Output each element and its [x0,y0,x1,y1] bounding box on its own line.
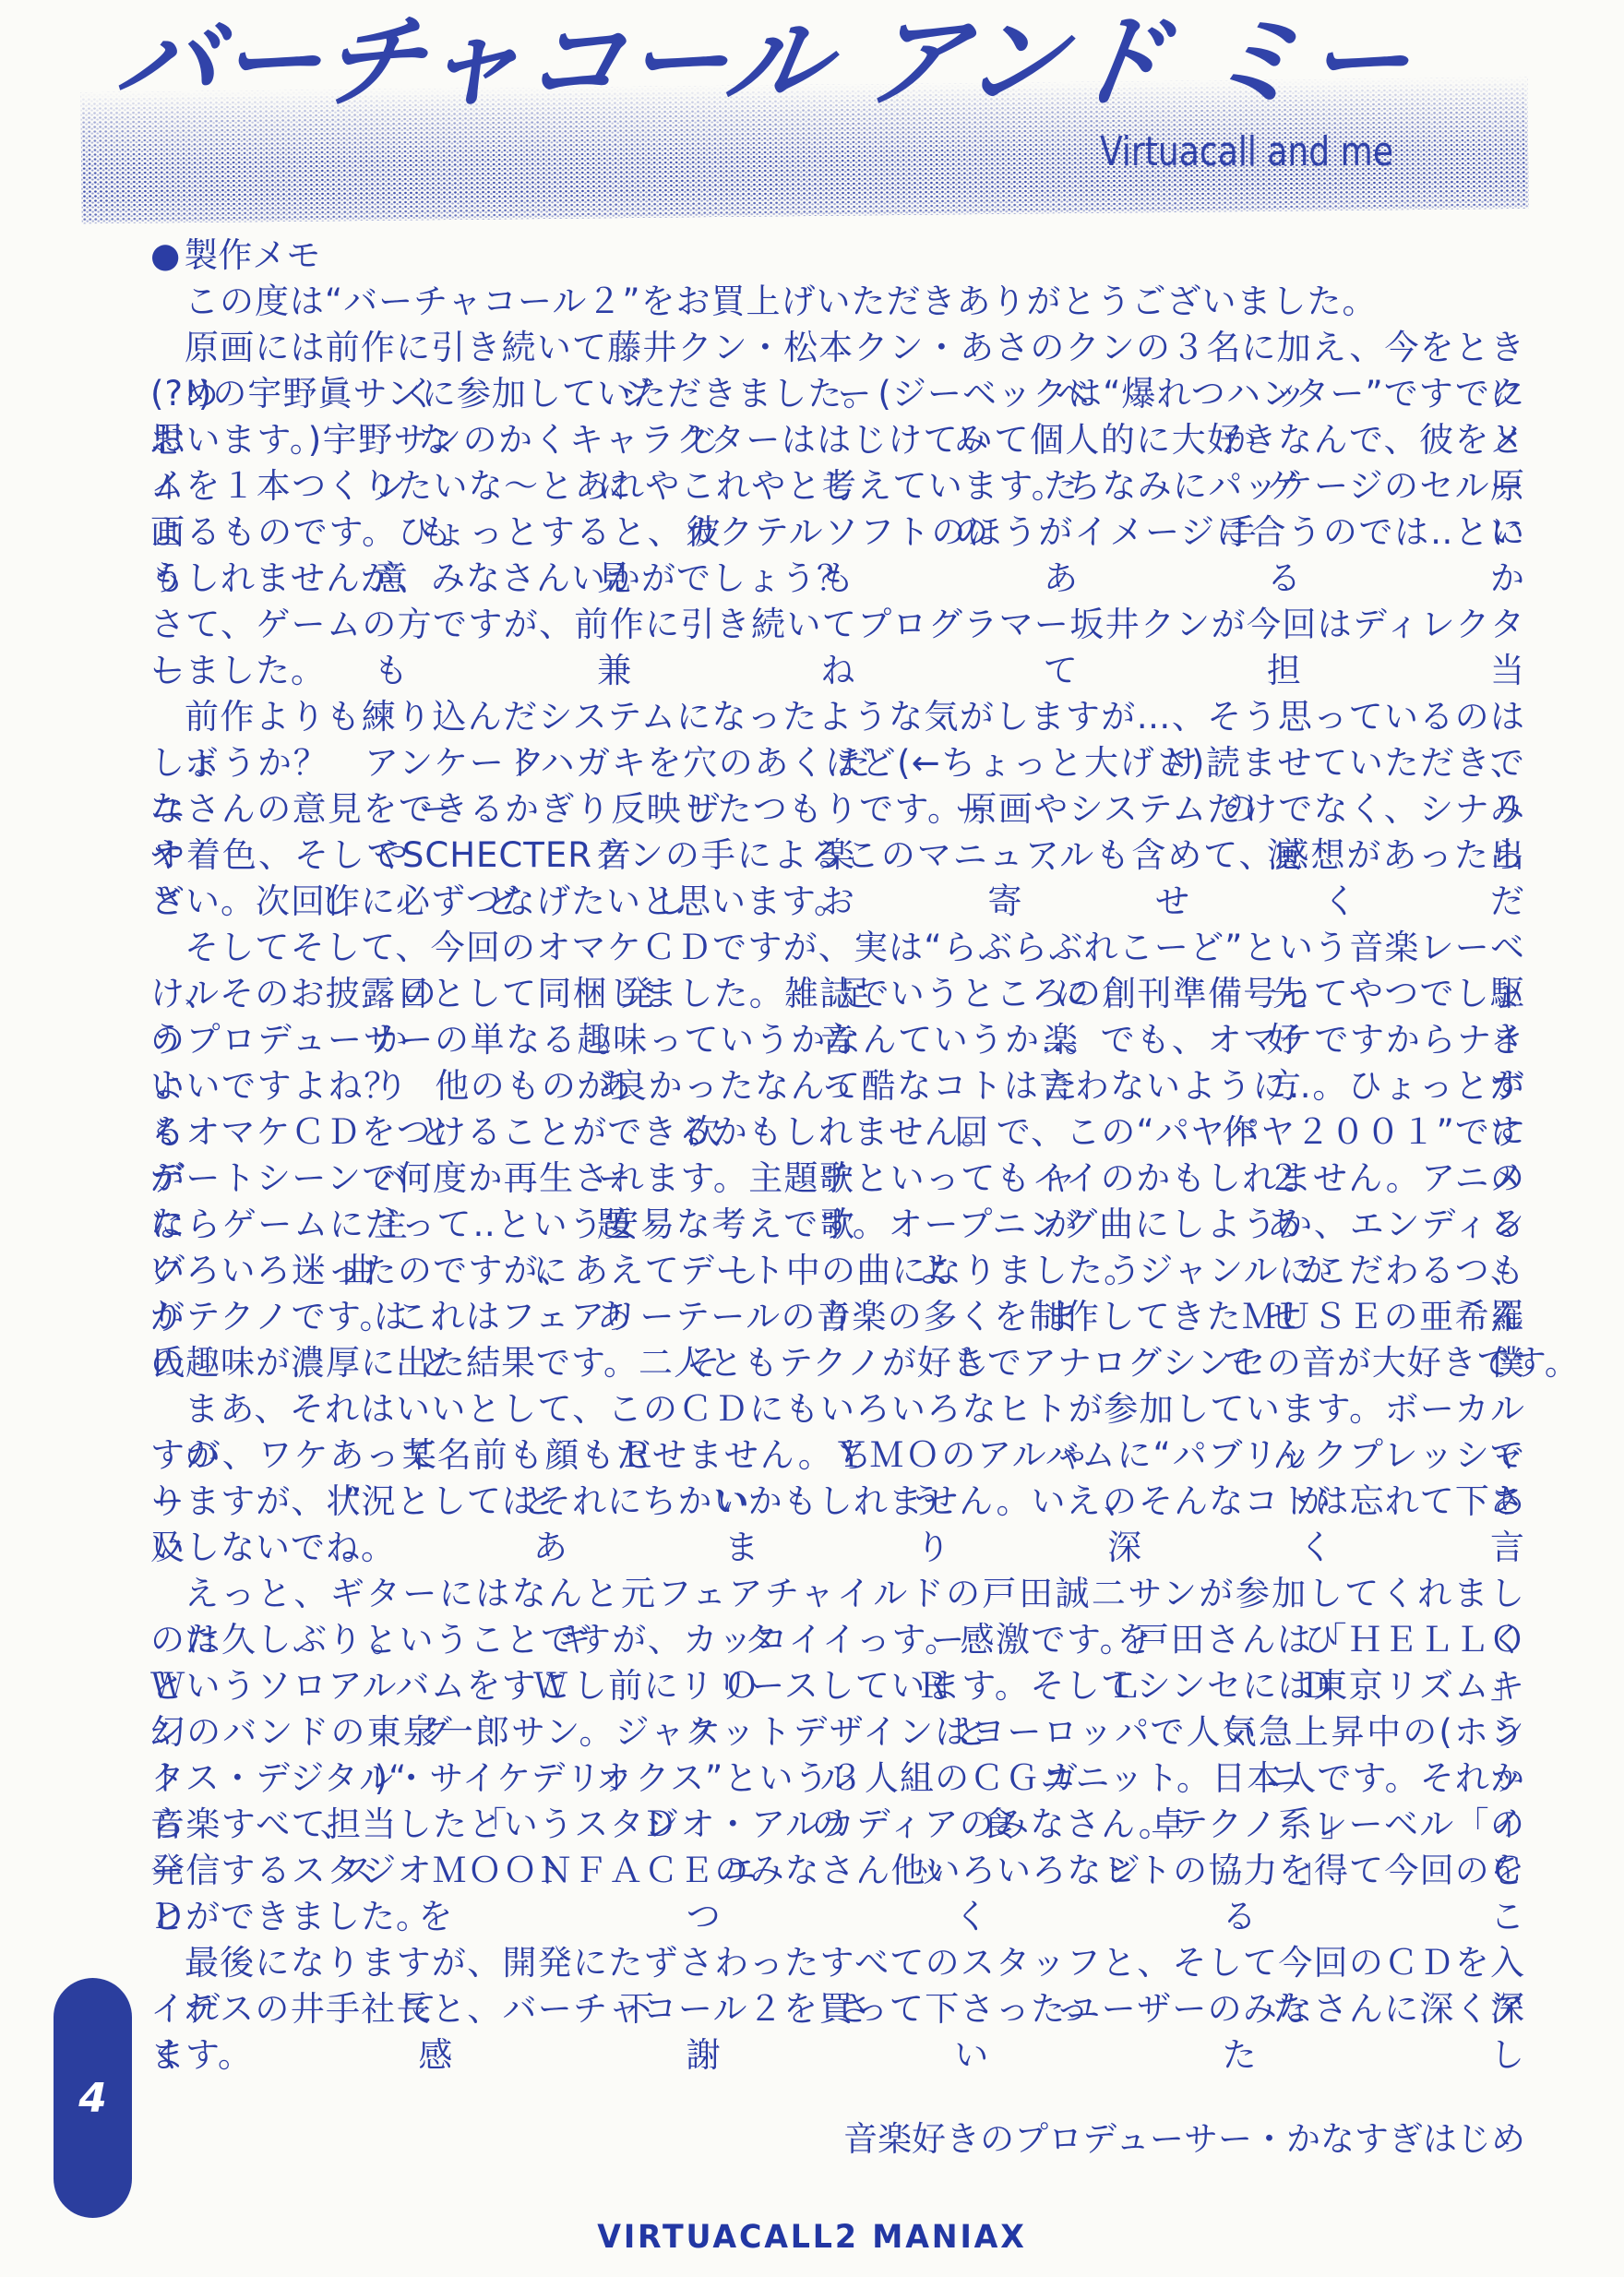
memo-line: さて、ゲームの方ですが、前作に引き続いてプログラマー坂井クンが今回はディレクター… [150,602,1525,648]
memo-line: イデスの井手社長と、バーチャコール２を買って下さったユーザーのみなさんに深く深く… [150,1986,1525,2032]
memo-line: なさんの意見をできるかぎり反映したつもりです。原画やシステムだけでなく、シナリオ… [150,786,1525,833]
memo-line: がテクノです。これはフェアリーテールの音楽の多くを制作してきたＭＵＳＥの亜希羅氏… [150,1294,1525,1340]
memo-line: デートシーンで何度か再生されます。主題歌といってもイイのかもしれません。アニメに… [150,1156,1525,1202]
memo-line: この度は“バーチャコール２”をお買上げいただきありがとうございました。 [150,279,1525,325]
memo-line: 最後になりますが、開発にたずさわったすべてのスタッフと、そして今回のＣＤを入れて… [150,1940,1525,1986]
memo-heading: ●製作メモ [150,233,320,279]
memo-line: のプロデューサーの単なる趣味っていうかなんていうか‥。でも、オマケですからナイよ… [150,1017,1525,1063]
memo-line: け、そのお披露目として同梱しました。雑誌でいうところの創刊準備号ってやつでしょう… [150,971,1525,1017]
memo-line: よるものです。ひょっとすると、カクテルソフトのほうがイメージに合うのでは‥という… [150,509,1525,556]
memo-line: というソロアルバムをすこし前にリリースしています。そしてシンセには東京リズムキン… [150,1663,1525,1709]
page-number: 4 [78,2075,107,2122]
memo-line: のは久しぶりということですが、カッコイイっす。感激です。戸田さんは「ＨＥＬＬＯＷ… [150,1617,1525,1663]
footer-brand: VIRTUACALL2 MANIAX [41,2217,1583,2258]
memo-line: そしてそして、今回のオマケＣＤですが、実は“らぶらぶれこーど”という音楽レーベル… [150,925,1525,971]
memo-line: クス・デジタル・サイケデリックス”という３人組のＣＧユニット。日本人です。それか… [150,1756,1525,1802]
memo-heading-label: 製作メモ [184,235,320,275]
memo-line: 原画には前作に引き続いて藤井クン・松本クン・あさのクンの３名に加え、今をときめく… [150,325,1525,371]
memo-line: まあ、それはいいとして、このＣＤにもいろいろなヒトが参加しています。ボーカルの某… [150,1386,1525,1432]
memo-line: (?!)の宇野眞サンに参加していただきました。(ジーベックは“爆れつハンター”で… [150,371,1525,417]
memo-line: えっと、ギターにはなんと元フェアチャイルドの戸田誠二サンが参加してくれました。ギ… [150,1571,1525,1617]
memo-line: や着色、そしてSCHECTERクンの手によるこのマニュアルも含めて、感想があった… [150,833,1525,879]
memo-line: ムを１本つくりたいな〜とあれやこれやと考えています。ちなみにパッケージのセル原画… [150,463,1525,509]
memo-line: いいですよね？ 他のものが良かったなんて酷なコトは言わないように‥。ひょっとする… [150,1063,1525,1109]
page-title-subtitle: Virtuacall and me [1100,129,1393,175]
memo-line: いろいろ迷ったのですが、あえてデート中の曲になりました。ジャンルにこだわるつもり… [150,1248,1525,1294]
page-number-pill: 4 [54,1978,132,2218]
memo-body: この度は“バーチャコール２”をお買上げいただきありがとうございました。原画には前… [150,279,1525,2079]
memo-line: の趣味が濃厚に出た結果です。二人ともテクノが好きでアナログシンセの音が大好きです… [150,1340,1525,1386]
memo-signature: 音楽好きのプロデューサー・かなすぎはじめ [150,2116,1525,2163]
memo-line: りますが、状況としてはそれにちかいかもしれません。いえ、そんなコトは忘れて下さい… [150,1479,1525,1525]
memo-line: 音楽すべて担当したというスタジオ・アルカディアのみなさん。テクノ系レーベル「イー… [150,1802,1525,1848]
memo-line: ならゲームにだって‥という安易な考えです。オープニング曲にしようか、エンディング… [150,1202,1525,1248]
memo-line: もオマケＣＤをつけることができるかもしれません。で、この“パヤパヤ２００１”です… [150,1109,1525,1156]
memo-line: 思います。)宇野サンのかくキャラクターははじけていて個人的に大好きなんで、彼をメ… [150,417,1525,463]
memo-line: 幻のバンドの東泉一郎サン。ジャケットデザインはヨーロッパで人気急上昇中の(ホント… [150,1709,1525,1756]
memo-line: しょうか？ アンケートハガキを穴のあくほど(←ちょっと大げさ)読ませていただき、… [150,740,1525,786]
page-title-logo: バーチャコール アンド ミー [109,2,1418,122]
memo-line: 前作よりも練り込んだシステムになったような気がしますが…、そう思っているのはボク… [150,694,1525,740]
memo-line: 発信するスタジオＭＯＯＮＦＡＣＥのみなさん他いろいろなヒトの協力を得て今回のＣＤ… [150,1848,1525,1894]
bullet-icon: ● [150,235,180,275]
memo-line: すが、ワケあって名前も顔もだせません。ＹＭＯのアルバムに“パブリックプレッシャー… [150,1432,1525,1479]
manual-page: バーチャコール アンド ミー Virtuacall and me ●製作メモ こ… [0,0,1624,2277]
